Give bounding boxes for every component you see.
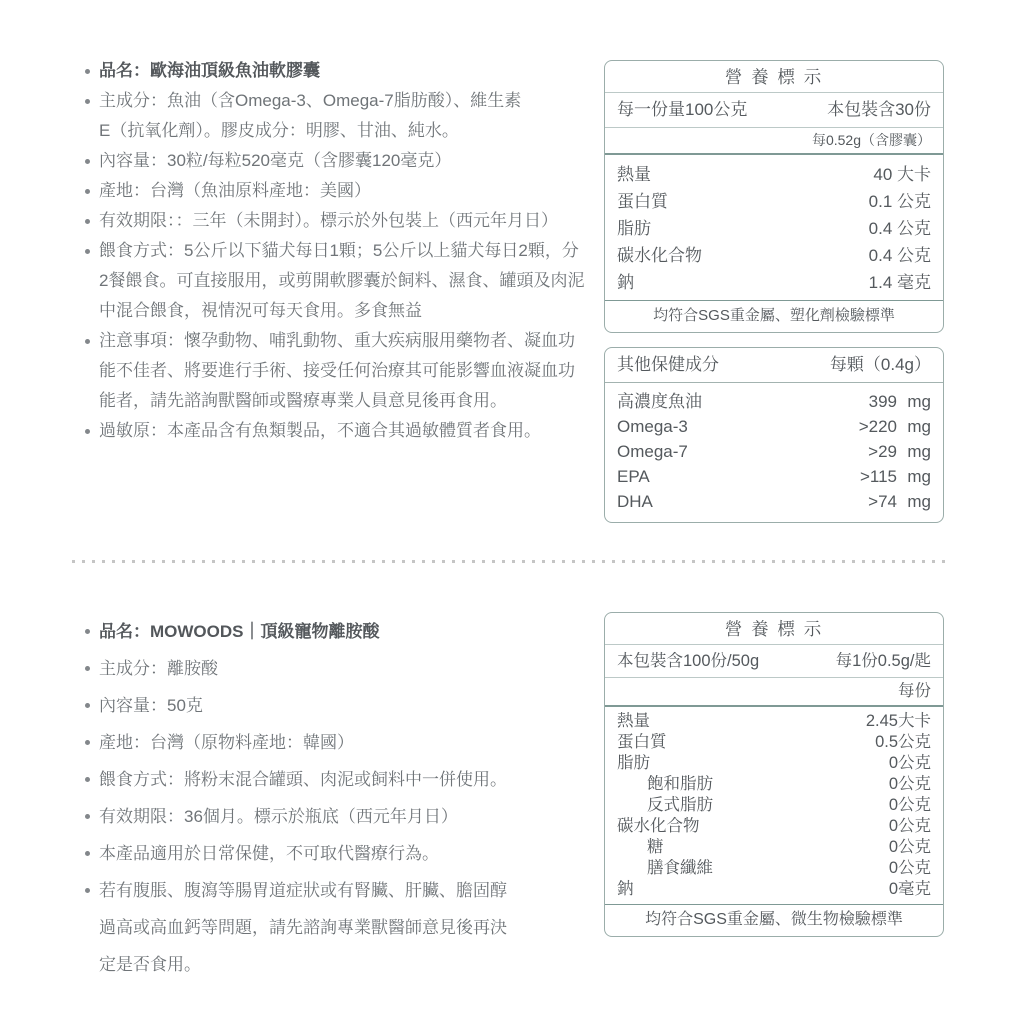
- list-item: 若有腹脹、腹瀉等腸胃道症狀或有腎臟、肝臟、膽固醇 過高或高血鈣等問題，請先諮詢專…: [84, 872, 584, 983]
- list-item: 內容量：50克: [84, 687, 584, 724]
- nutrient-row: 碳水化合物 0公克: [617, 816, 931, 837]
- lysine-bullet-list: 品名：MOWOODS｜頂級寵物離胺酸 主成分：離胺酸 內容量：50克 產地：台灣…: [84, 613, 584, 983]
- nutrient-row: 熱量 2.45大卡: [617, 711, 931, 732]
- product-name: 品名：歐海油頂級魚油軟膠囊: [99, 56, 600, 86]
- supplement-header-right: 每顆（0.4g）: [830, 354, 931, 376]
- nutrient-row: 蛋白質 0.1 公克: [617, 188, 931, 215]
- supplement-header-left: 其他保健成分: [617, 354, 719, 376]
- nutrient-row: 蛋白質 0.5公克: [617, 732, 931, 753]
- nutrient-rows: 熱量 2.45大卡 蛋白質 0.5公克 脂肪 0公克 飽和脂肪 0公克 反式脂肪…: [605, 707, 943, 904]
- nutrient-row: 飽和脂肪 0公克: [617, 774, 931, 795]
- serving-row: 本包裝含100份/50g 每1份0.5g/匙: [605, 645, 943, 678]
- list-item: 主成分：魚油（含Omega-3、Omega-7脂肪酸）、維生素 E（抗氧化劑）。…: [84, 86, 600, 146]
- list-item: 有效期限：：三年（未開封）。標示於外包裝上（西元年月日）: [84, 206, 600, 236]
- list-item: 本產品適用於日常保健，不可取代醫療行為。: [84, 835, 584, 872]
- dotted-divider: [72, 560, 950, 563]
- product-info-page: 品名：歐海油頂級魚油軟膠囊 主成分：魚油（含Omega-3、Omega-7脂肪酸…: [0, 0, 1024, 1024]
- list-item: 品名：歐海油頂級魚油軟膠囊: [84, 56, 600, 86]
- supplement-rows: 高濃度魚油 399 mg Omega-3 >220 mg Omega-7 >29…: [605, 383, 943, 522]
- supplement-row: DHA >74 mg: [617, 489, 931, 514]
- list-item: 餵食方式：5公斤以下貓犬每日1顆；5公斤以上貓犬每日2顆，分 2餐餵食。可直接服…: [84, 236, 600, 326]
- serving-row: 每一份量100公克 本包裝含30份: [605, 93, 943, 128]
- nutrient-row: 糖 0公克: [617, 837, 931, 858]
- list-item: 餵食方式：將粉末混合罐頭、肉泥或飼料中一併使用。: [84, 761, 584, 798]
- nutrient-row: 膳食纖維 0公克: [617, 858, 931, 879]
- nutrient-row: 鈉 0毫克: [617, 879, 931, 900]
- supplement-label-header: 其他保健成分 每顆（0.4g）: [605, 348, 943, 383]
- per-capsule-note: 每0.52g（含膠囊）: [605, 128, 943, 155]
- nutrient-row: 鈉 1.4 毫克: [617, 269, 931, 296]
- label-title: 營 養 標 示: [605, 61, 943, 93]
- supplement-row: 高濃度魚油 399 mg: [617, 389, 931, 414]
- per-serving-note: 每份: [605, 678, 943, 707]
- fish-oil-supplement-label: 其他保健成分 每顆（0.4g） 高濃度魚油 399 mg Omega-3 >22…: [604, 347, 944, 523]
- sgs-certification-note: 均符合SGS重金屬、塑化劑檢驗標準: [605, 300, 943, 332]
- list-item: 過敏原：本產品含有魚類製品，不適合其過敏體質者食用。: [84, 416, 600, 446]
- nutrient-rows: 熱量 40 大卡 蛋白質 0.1 公克 脂肪 0.4 公克 碳水化合物 0.4 …: [605, 155, 943, 300]
- list-item: 注意事項：懷孕動物、哺乳動物、重大疾病服用藥物者、凝血功 能不佳者、將要進行手術…: [84, 326, 600, 416]
- sgs-certification-note: 均符合SGS重金屬、微生物檢驗標準: [605, 904, 943, 936]
- lysine-nutrition-label: 營 養 標 示 本包裝含100份/50g 每1份0.5g/匙 每份 熱量 2.4…: [604, 612, 944, 937]
- list-item: 有效期限：36個月。標示於瓶底（西元年月日）: [84, 798, 584, 835]
- list-item: 產地：台灣（原物料產地：韓國）: [84, 724, 584, 761]
- supplement-row: Omega-3 >220 mg: [617, 414, 931, 439]
- servings-per-package: 本包裝含100份/50g: [617, 649, 759, 673]
- nutrient-row: 脂肪 0.4 公克: [617, 215, 931, 242]
- list-item: 內容量：30粒/每粒520毫克（含膠囊120毫克）: [84, 146, 600, 176]
- nutrient-row: 熱量 40 大卡: [617, 161, 931, 188]
- serving-size: 每1份0.5g/匙: [836, 649, 931, 673]
- list-item: 主成分：離胺酸: [84, 650, 584, 687]
- nutrient-row: 反式脂肪 0公克: [617, 795, 931, 816]
- label-title: 營 養 標 示: [605, 613, 943, 645]
- fish-oil-bullet-list: 品名：歐海油頂級魚油軟膠囊 主成分：魚油（含Omega-3、Omega-7脂肪酸…: [84, 56, 600, 446]
- list-item: 品名：MOWOODS｜頂級寵物離胺酸: [84, 613, 584, 650]
- fish-oil-nutrition-label: 營 養 標 示 每一份量100公克 本包裝含30份 每0.52g（含膠囊） 熱量…: [604, 60, 944, 333]
- serving-size: 每一份量100公克: [617, 98, 747, 122]
- supplement-row: EPA >115 mg: [617, 464, 931, 489]
- supplement-row: Omega-7 >29 mg: [617, 439, 931, 464]
- nutrient-row: 碳水化合物 0.4 公克: [617, 242, 931, 269]
- list-item: 產地：台灣（魚油原料產地：美國）: [84, 176, 600, 206]
- servings-per-package: 本包裝含30份: [827, 98, 931, 122]
- product-name: 品名：MOWOODS｜頂級寵物離胺酸: [99, 613, 584, 650]
- nutrient-row: 脂肪 0公克: [617, 753, 931, 774]
